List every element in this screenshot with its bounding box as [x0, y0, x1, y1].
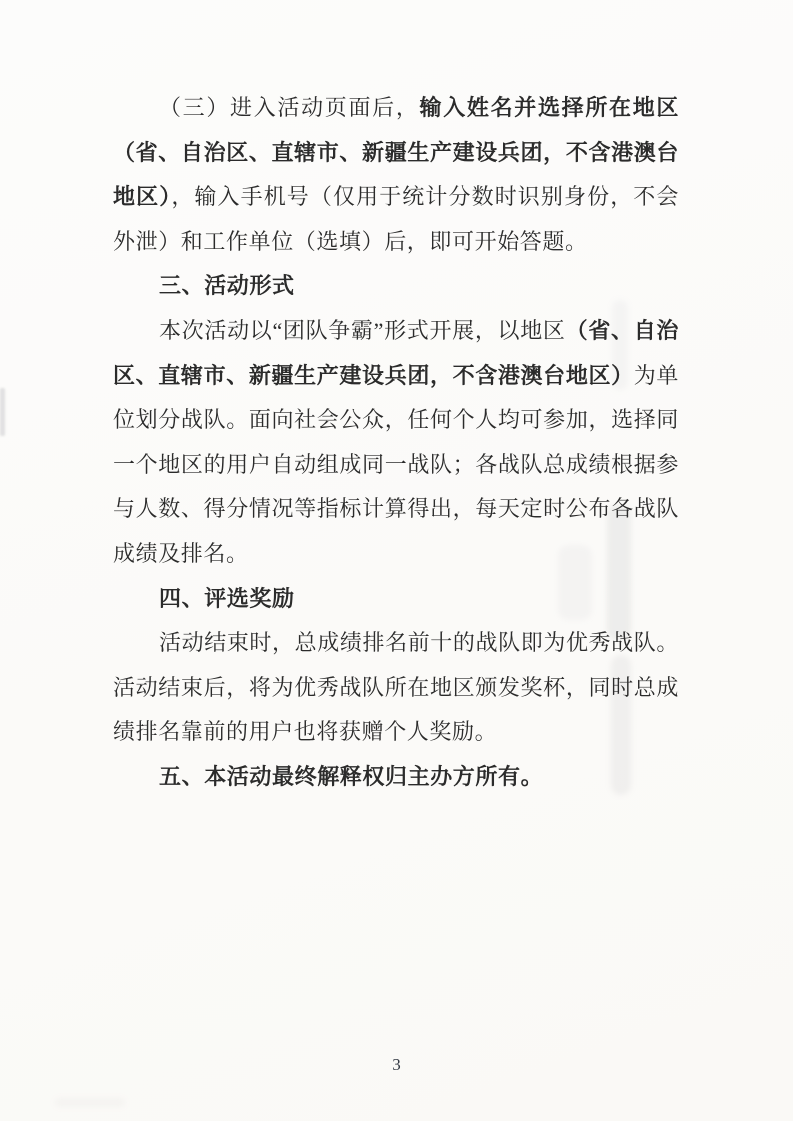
scan-artifact: [0, 388, 5, 436]
page-number: 3: [392, 1055, 401, 1074]
heading-section-3: 三、活动形式: [113, 264, 679, 309]
text-run: ，输入手机号（仅用于统计分数时识别身份，不会外泄）和工作单位（选填）后，即可开始…: [113, 184, 679, 254]
text-run: 本次活动以“团队争霸”形式开展，以地区: [159, 318, 566, 343]
text-run: （三）进入活动页面后，: [159, 95, 420, 120]
heading-text: 三、活动形式: [159, 273, 295, 298]
heading-text: 四、评选奖励: [159, 586, 295, 611]
para-final-interpretation: 五、本活动最终解释权归主办方所有。: [113, 755, 679, 800]
document-page: （三）进入活动页面后，输入姓名并选择所在地区（省、自治区、直辖市、新疆生产建设兵…: [0, 0, 793, 1121]
document-body: （三）进入活动页面后，输入姓名并选择所在地区（省、自治区、直辖市、新疆生产建设兵…: [113, 86, 679, 800]
text-run-bold: 五、本活动最终解释权归主办方所有。: [159, 764, 543, 789]
para-registration-step3: （三）进入活动页面后，输入姓名并选择所在地区（省、自治区、直辖市、新疆生产建设兵…: [113, 86, 679, 264]
page-footer: 3: [0, 1055, 793, 1075]
text-run: 活动结束时，总成绩排名前十的战队即为优秀战队。活动结束后，将为优秀战队所在地区颁…: [113, 630, 679, 744]
para-activity-format: 本次活动以“团队争霸”形式开展，以地区（省、自治区、直辖市、新疆生产建设兵团，不…: [113, 309, 679, 577]
heading-section-4: 四、评选奖励: [113, 577, 679, 622]
para-awards: 活动结束时，总成绩排名前十的战队即为优秀战队。活动结束后，将为优秀战队所在地区颁…: [113, 621, 679, 755]
scan-artifact: [55, 1098, 125, 1107]
text-run: 为单位划分战队。面向社会公众，任何个人均可参加，选择同一个地区的用户自动组成同一…: [113, 363, 679, 566]
